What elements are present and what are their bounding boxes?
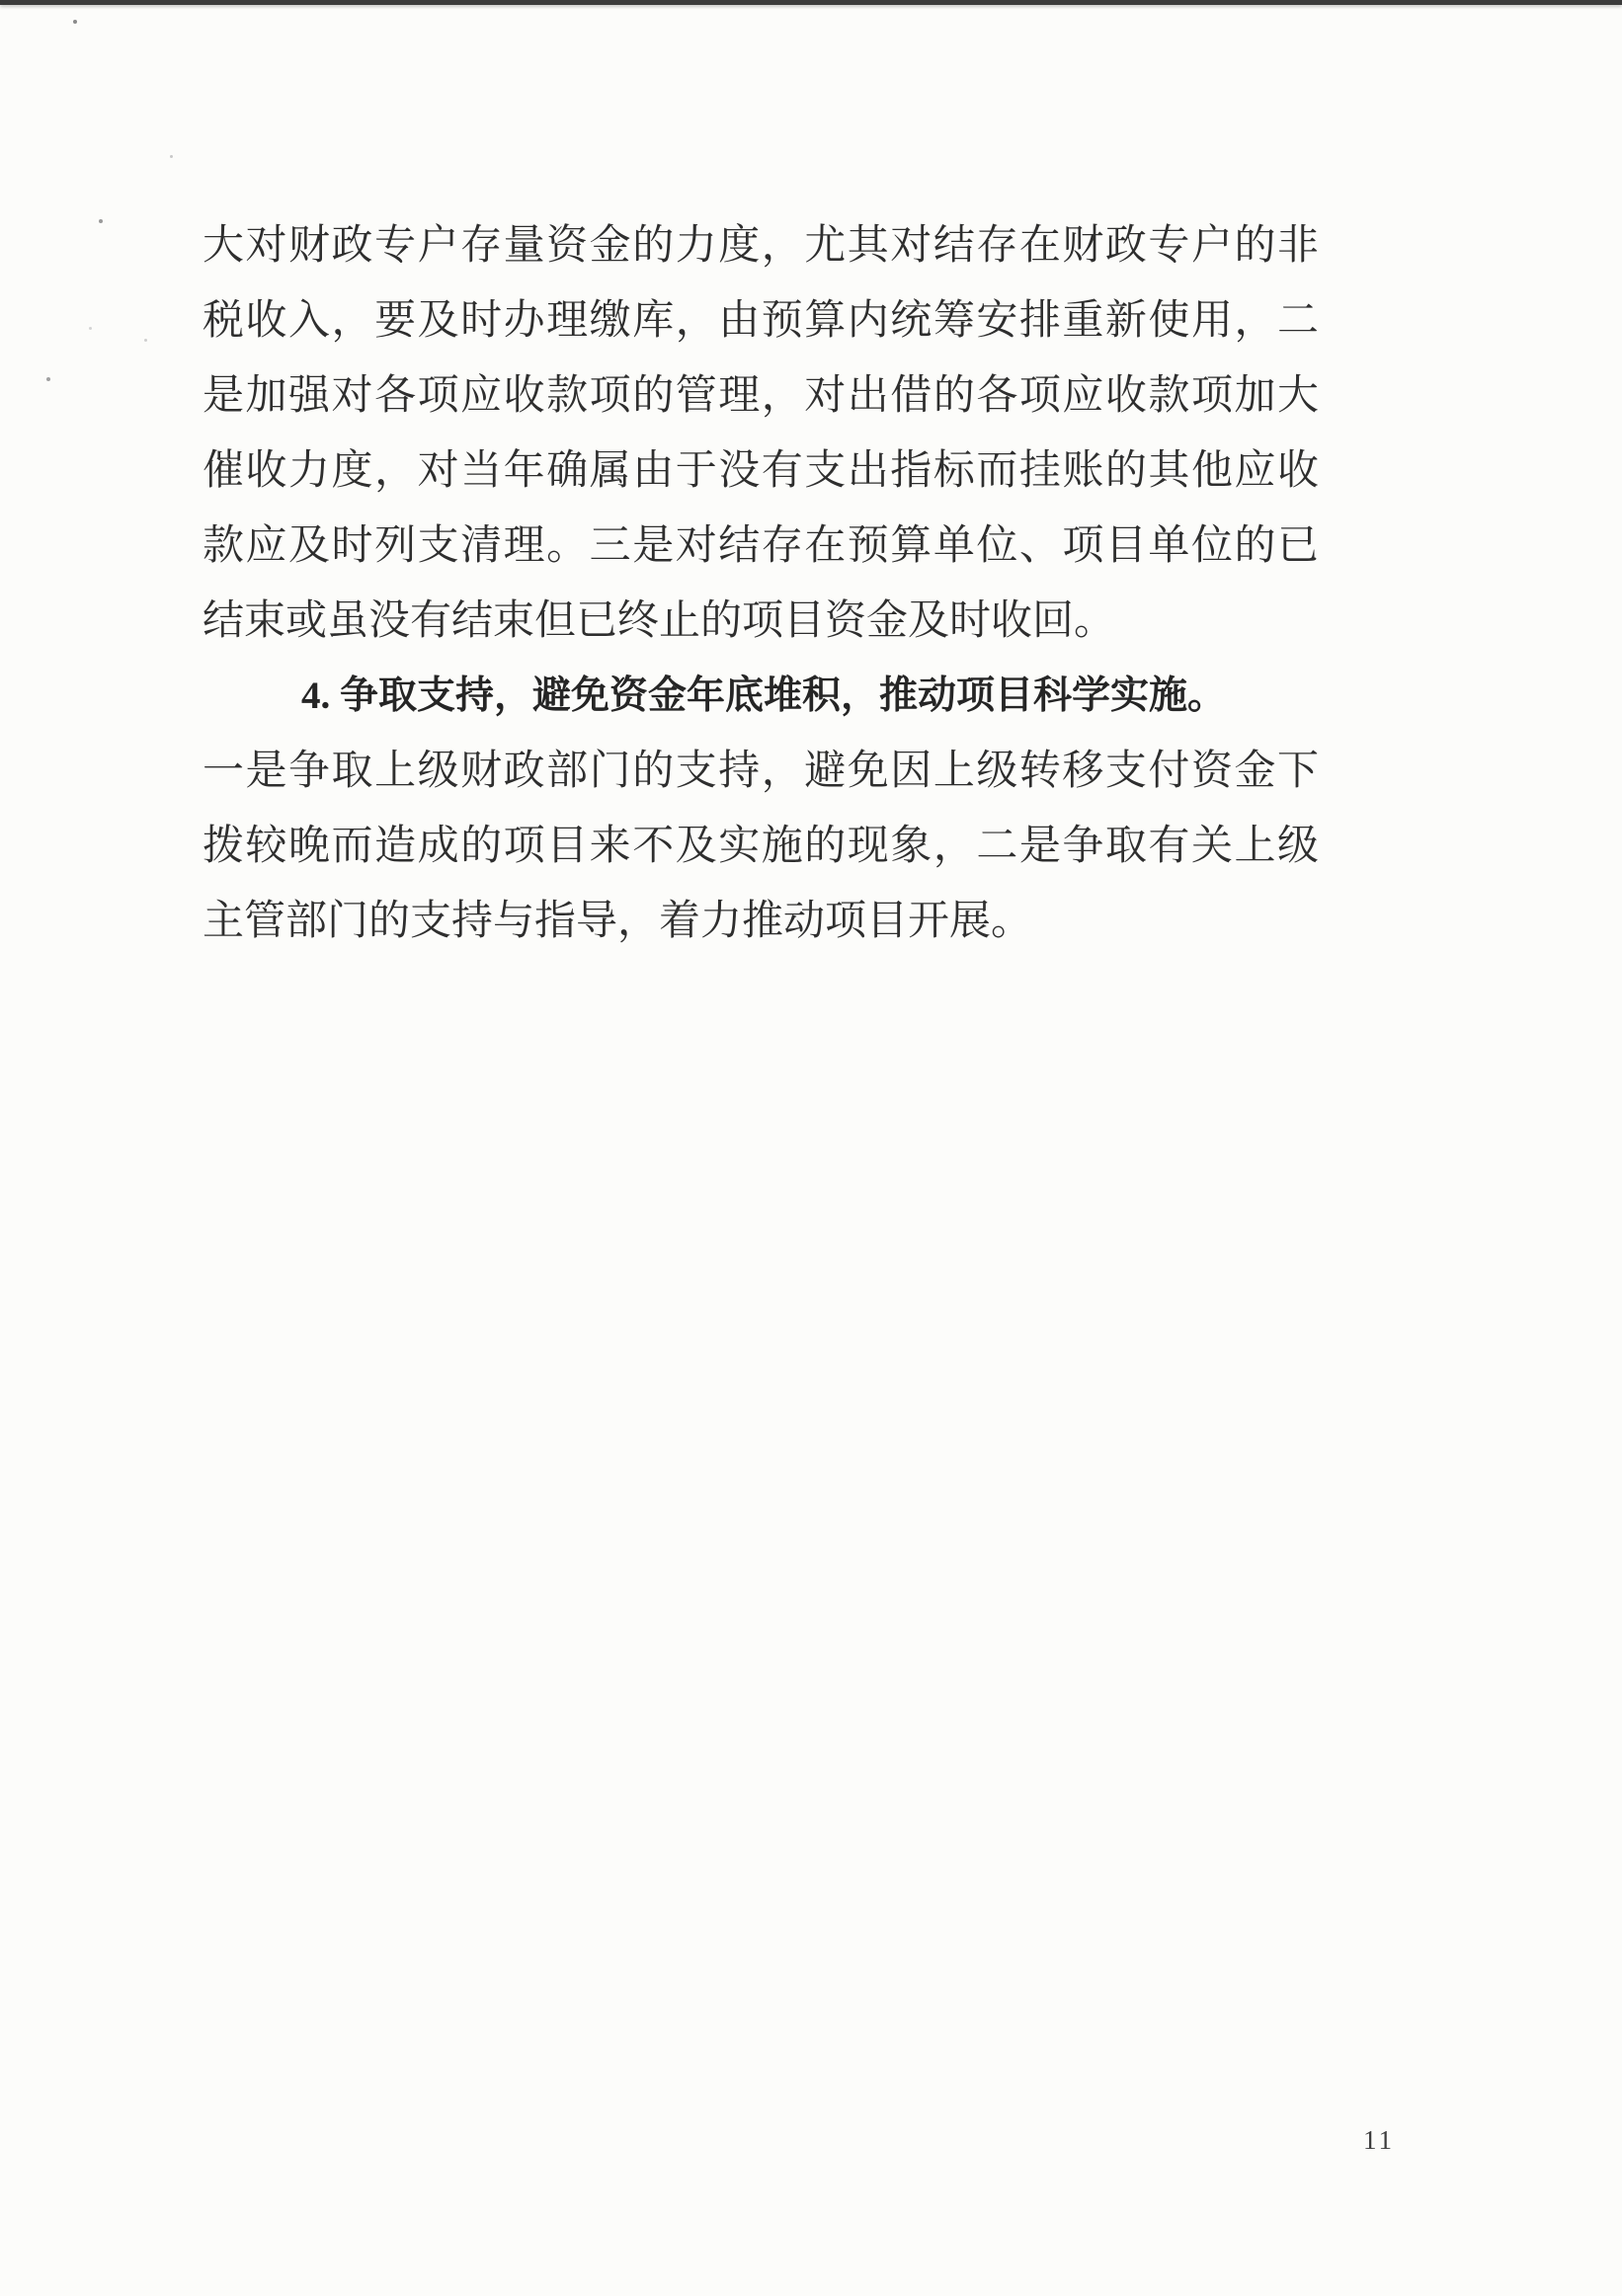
scan-speck <box>144 339 147 342</box>
text-line: 是加强对各项应收款项的管理，对出借的各项应收款项加大 <box>203 358 1319 434</box>
text-line: 税收入，要及时办理缴库，由预算内统筹安排重新使用，二 <box>203 283 1319 358</box>
text-line: 主管部门的支持与指导，着力推动项目开展。 <box>203 884 1319 959</box>
document-text-block: 大对财政专户存量资金的力度，尤其对结存在财政专户的非税收入，要及时办理缴库，由预… <box>203 208 1319 959</box>
scan-speck <box>73 20 77 24</box>
scanned-document-page: 大对财政专户存量资金的力度，尤其对结存在财政专户的非税收入，要及时办理缴库，由预… <box>0 0 1622 2296</box>
scan-speck <box>46 377 50 381</box>
text-line: 催收力度，对当年确属由于没有支出指标而挂账的其他应收 <box>203 434 1319 509</box>
scan-speck <box>170 155 173 158</box>
heading-line: 4. 争取支持，避免资金年底堆积，推动项目科学实施。 <box>203 659 1319 734</box>
scan-speck <box>99 219 103 223</box>
scan-edge-artifact <box>0 0 1622 5</box>
text-line: 款应及时列支清理。三是对结存在预算单位、项目单位的已 <box>203 509 1319 584</box>
text-line: 一是争取上级财政部门的支持，避免因上级转移支付资金下 <box>203 734 1319 809</box>
text-line: 结束或虽没有结束但已终止的项目资金及时收回。 <box>203 584 1319 659</box>
text-line: 大对财政专户存量资金的力度，尤其对结存在财政专户的非 <box>203 208 1319 283</box>
scan-speck <box>89 327 92 330</box>
text-line: 拨较晚而造成的项目来不及实施的现象，二是争取有关上级 <box>203 809 1319 884</box>
page-number: 11 <box>1363 2125 1395 2156</box>
